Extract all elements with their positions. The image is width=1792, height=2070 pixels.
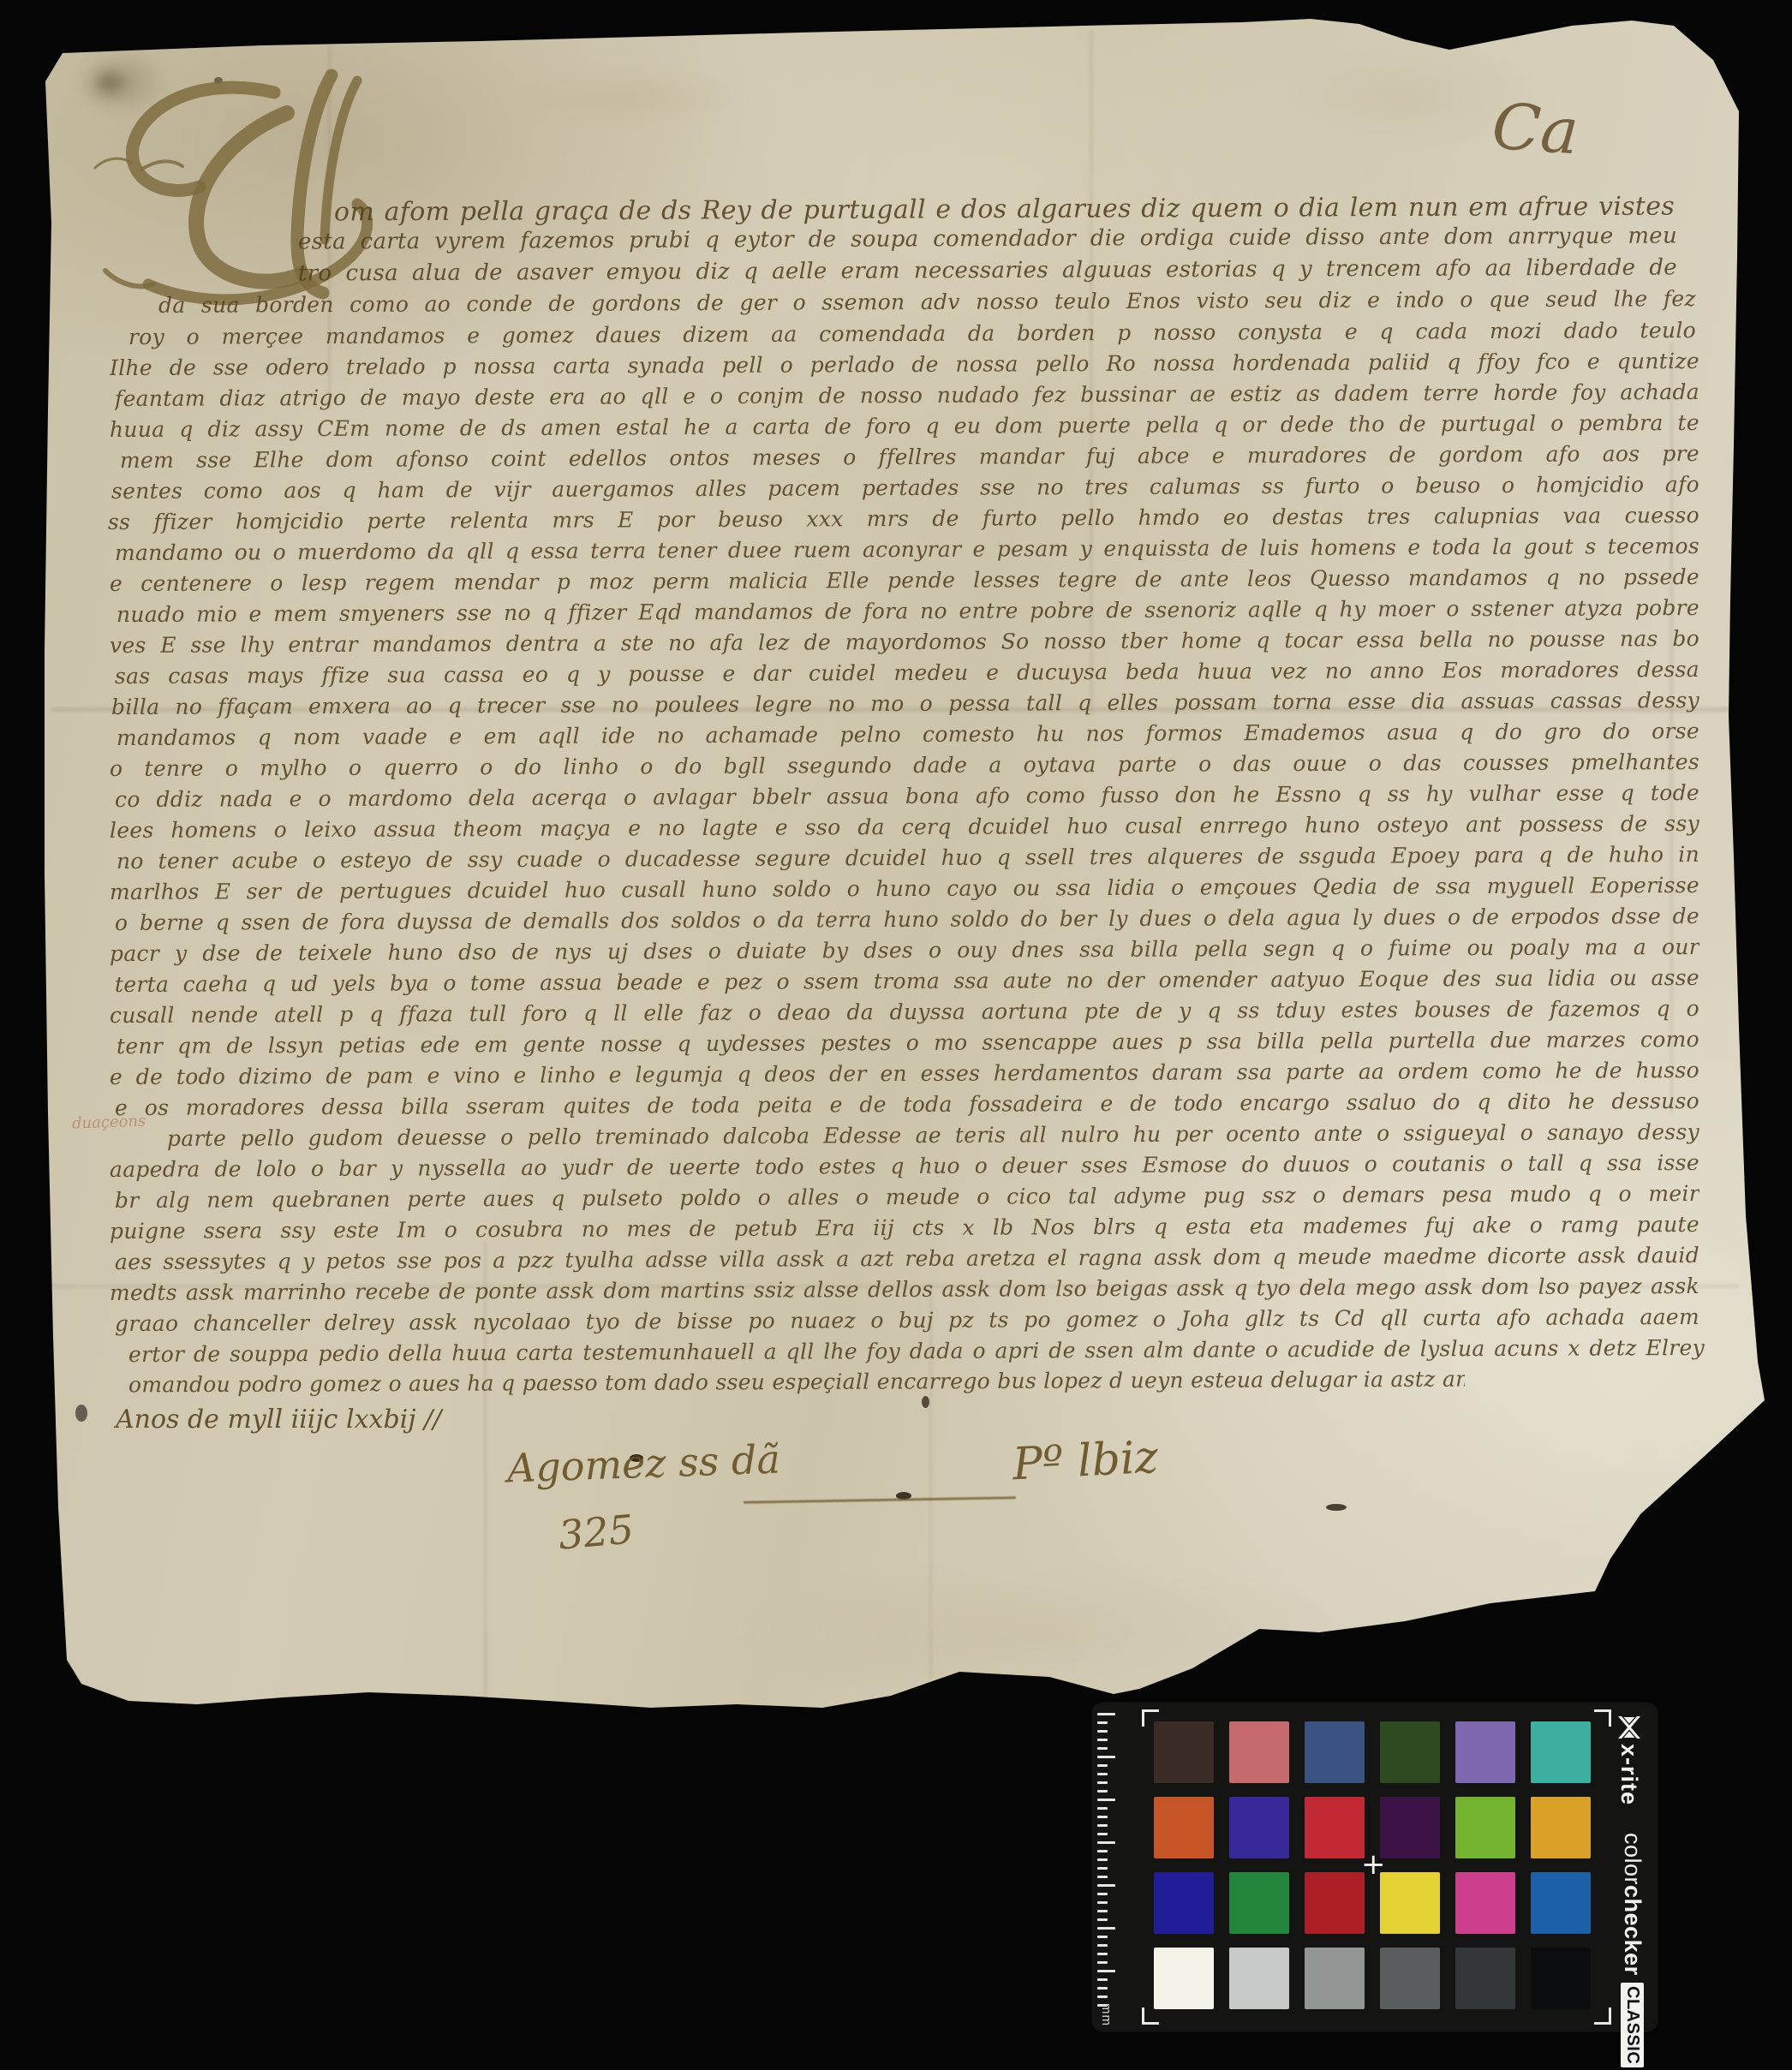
ruler-tick <box>1097 1987 1108 1989</box>
ruler-tick <box>1097 1764 1108 1767</box>
xrite-logo-icon <box>1616 1715 1642 1740</box>
product-name-bold: checker <box>1620 1885 1646 1976</box>
ruler-tick <box>1097 1756 1115 1758</box>
ruler-tick <box>1097 1713 1115 1715</box>
ruler-tick <box>1097 1850 1108 1852</box>
color-patch <box>1455 1721 1515 1783</box>
mm-ruler <box>1097 1713 1115 2013</box>
fiducial-bracket-bottom-right <box>1594 2007 1611 2025</box>
product-block: colorchecker CLASSIC <box>1619 1833 1646 2067</box>
marginal-annotation: duaçeons <box>72 1113 146 1133</box>
color-patch <box>1380 1797 1440 1858</box>
colorchecker-card: mm + x-rite colorchecker CLASSIC <box>1092 1703 1658 2031</box>
notary-signature-right: Pº lbiz <box>1012 1432 1160 1491</box>
color-patch <box>1229 1721 1289 1783</box>
fiducial-bracket-top-right <box>1594 1709 1611 1727</box>
ruler-tick <box>1097 1884 1115 1887</box>
edition-badge: CLASSIC <box>1621 1983 1644 2067</box>
notary-signature-left: Agomez ss dã <box>506 1435 780 1491</box>
ruler-tick <box>1097 1901 1108 1904</box>
ruler-tick <box>1097 1739 1108 1741</box>
color-patch <box>1380 1948 1440 2009</box>
ruler-tick <box>1097 1799 1115 1801</box>
ruler-tick <box>1097 1978 1108 1981</box>
ruler-tick <box>1097 1936 1108 1938</box>
center-crosshair: + <box>1361 1850 1386 1879</box>
color-patch <box>1154 1721 1214 1783</box>
color-patch <box>1229 1872 1289 1934</box>
fiducial-bracket-top-left <box>1142 1709 1159 1727</box>
ruler-tick <box>1097 1995 1108 1998</box>
archival-corner-mark: Ca <box>1490 90 1581 170</box>
ruler-tick <box>1097 1816 1108 1818</box>
ruler-tick <box>1097 1918 1108 1921</box>
ruler-tick <box>1097 1790 1108 1793</box>
color-patch <box>1154 1872 1214 1934</box>
product-name-light: color <box>1620 1833 1646 1885</box>
color-patch <box>1455 1948 1515 2009</box>
color-patch <box>1154 1948 1214 2009</box>
color-patch <box>1305 1872 1365 1934</box>
ruler-tick <box>1097 1841 1115 1844</box>
color-patch <box>1380 1872 1440 1934</box>
color-patch <box>1380 1721 1440 1783</box>
brand-name: x-rite <box>1616 1744 1642 1805</box>
ruler-tick <box>1097 1927 1115 1930</box>
color-patch <box>1305 1948 1365 2009</box>
product-name: colorchecker <box>1619 1833 1646 1976</box>
color-patch <box>1154 1797 1214 1858</box>
ruler-tick <box>1097 1961 1108 1964</box>
ruler-tick <box>1097 1858 1108 1861</box>
fiducial-bracket-bottom-left <box>1142 2007 1159 2025</box>
ruler-tick <box>1097 1824 1108 1827</box>
ruler-tick <box>1097 1781 1108 1784</box>
ruler-tick <box>1097 1807 1108 1810</box>
ruler-tick <box>1097 1970 1115 1972</box>
color-patch <box>1229 1797 1289 1858</box>
ruler-tick <box>1097 1910 1108 1912</box>
date-line: Anos de myll iiijc lxxbij // <box>116 1405 441 1435</box>
brand-block: x-rite <box>1616 1715 1642 1805</box>
ruler-unit-label: mm <box>1099 2003 1114 2026</box>
color-patch <box>1531 1948 1591 2009</box>
chancery-number: 325 <box>557 1506 636 1558</box>
color-patch <box>1455 1872 1515 1934</box>
color-patch <box>1455 1797 1515 1858</box>
color-patch <box>1531 1872 1591 1934</box>
ruler-tick <box>1097 1730 1108 1733</box>
ruler-tick <box>1097 1876 1108 1878</box>
color-patch <box>1531 1721 1591 1783</box>
color-patch <box>1229 1948 1289 2009</box>
color-patch <box>1305 1721 1365 1783</box>
ruler-tick <box>1097 1893 1108 1895</box>
ruler-tick <box>1097 1773 1108 1775</box>
ruler-tick <box>1097 1867 1108 1870</box>
ruler-tick <box>1097 1833 1108 1835</box>
color-patch <box>1305 1797 1365 1858</box>
ruler-tick <box>1097 1747 1108 1750</box>
ruler-tick <box>1097 1953 1108 1955</box>
parchment-charter: om afom pella graça de ds Rey de purtuga… <box>0 0 1792 1730</box>
manuscript-line: omandou podro gomez o aues ha q paesso t… <box>128 1368 1465 1406</box>
ruler-tick <box>1097 1944 1108 1947</box>
ruler-tick <box>1097 1721 1108 1724</box>
archival-photograph: om afom pella graça de ds Rey de purtuga… <box>0 0 1792 2070</box>
color-patch <box>1531 1797 1591 1858</box>
